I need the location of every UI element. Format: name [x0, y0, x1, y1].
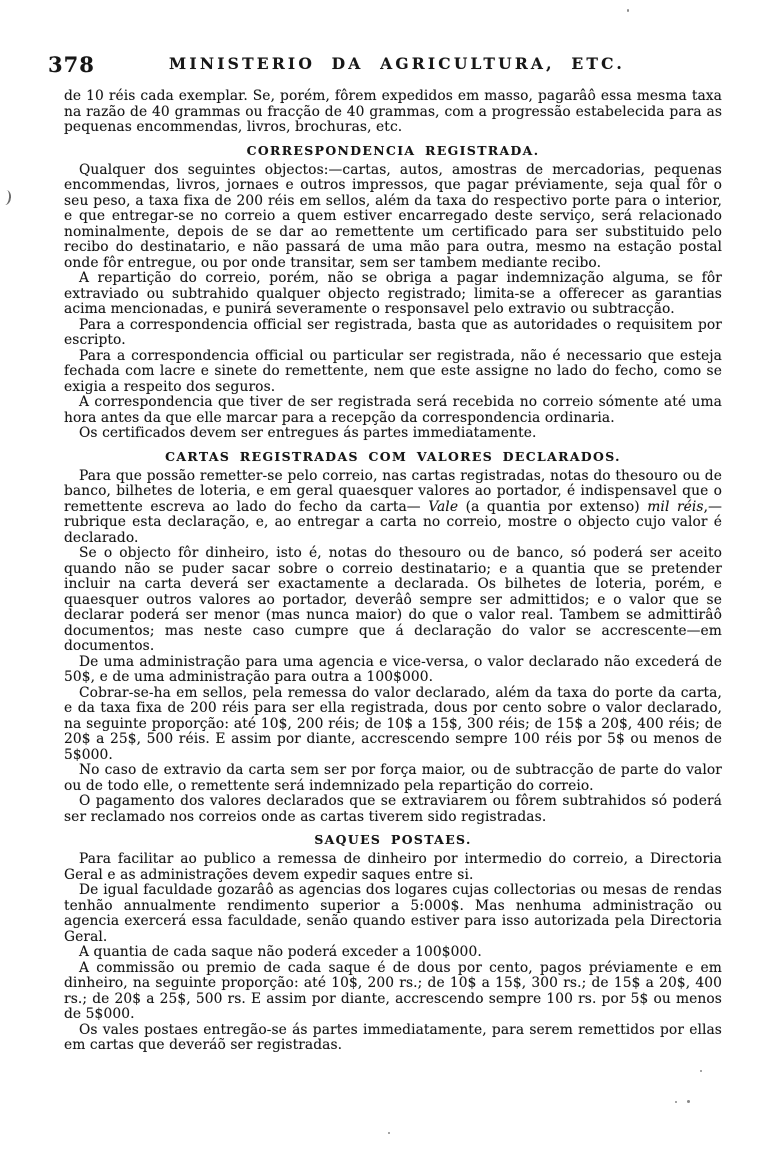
paragraph: Para a correspondencia official ser regi…: [64, 318, 722, 349]
page-body: de 10 réis cada exemplar. Se, porém, fôr…: [64, 89, 722, 1054]
paragraph: De igual faculdade gozarâô as agencias d…: [64, 883, 722, 945]
paragraph: Se o objecto fôr dinheiro, isto é, notas…: [64, 546, 722, 655]
paragraph: Para a correspondencia official ou parti…: [64, 349, 722, 396]
scan-artifact-speck: [687, 1100, 690, 1103]
paragraph: Qualquer dos seguintes objectos:—cartas,…: [64, 163, 722, 272]
page-header: 378 MINISTERIO DA AGRICULTURA, ETC.: [0, 0, 768, 80]
paragraph: Para facilitar ao publico a remessa de d…: [64, 852, 722, 883]
paragraph: O pagamento dos valores declarados que s…: [64, 794, 722, 825]
scan-artifact-speck: [388, 1132, 390, 1134]
paragraph: Cobrar-se-ha em sellos, pela remessa do …: [64, 686, 722, 764]
paragraph-text: (a quantia por extenso): [458, 499, 647, 515]
paragraph: Os certificados devem ser entregues ás p…: [64, 426, 722, 442]
paragraph: De uma administração para uma agencia e …: [64, 655, 722, 686]
italic-term: Vale: [428, 499, 458, 515]
section-heading-cartas-registradas: CARTAS REGISTRADAS COM VALORES DECLARADO…: [64, 449, 722, 464]
paragraph: A correspondencia que tiver de ser regis…: [64, 395, 722, 426]
scan-artifact-speck: [675, 1101, 677, 1103]
scan-artifact-speck: [700, 1070, 702, 1072]
paragraph: A quantia de cada saque não poderá exced…: [64, 945, 722, 961]
section-heading-correspondencia-registrada: CORRESPONDENCIA REGISTRADA.: [64, 143, 722, 158]
paragraph: Os vales postaes entregão-se ás partes i…: [64, 1023, 722, 1054]
section-heading-saques-postaes: SAQUES POSTAES.: [64, 832, 722, 847]
scan-artifact-margin-mark: [1, 190, 12, 206]
paragraph: A commissão ou premio de cada saque é de…: [64, 961, 722, 1023]
paragraph: No caso de extravio da carta sem ser por…: [64, 763, 722, 794]
italic-term: mil réis: [647, 499, 703, 515]
paragraph: A repartição do correio, porém, não se o…: [64, 271, 722, 318]
paragraph: de 10 réis cada exemplar. Se, porém, fôr…: [64, 89, 722, 136]
running-head: MINISTERIO DA AGRICULTURA, ETC.: [0, 54, 768, 73]
paragraph: Para que possão remetter-se pelo correio…: [64, 469, 722, 547]
document-page: 378 MINISTERIO DA AGRICULTURA, ETC. de 1…: [0, 0, 768, 1161]
page-number: 378: [48, 52, 95, 77]
scan-artifact-speck: [627, 9, 629, 12]
